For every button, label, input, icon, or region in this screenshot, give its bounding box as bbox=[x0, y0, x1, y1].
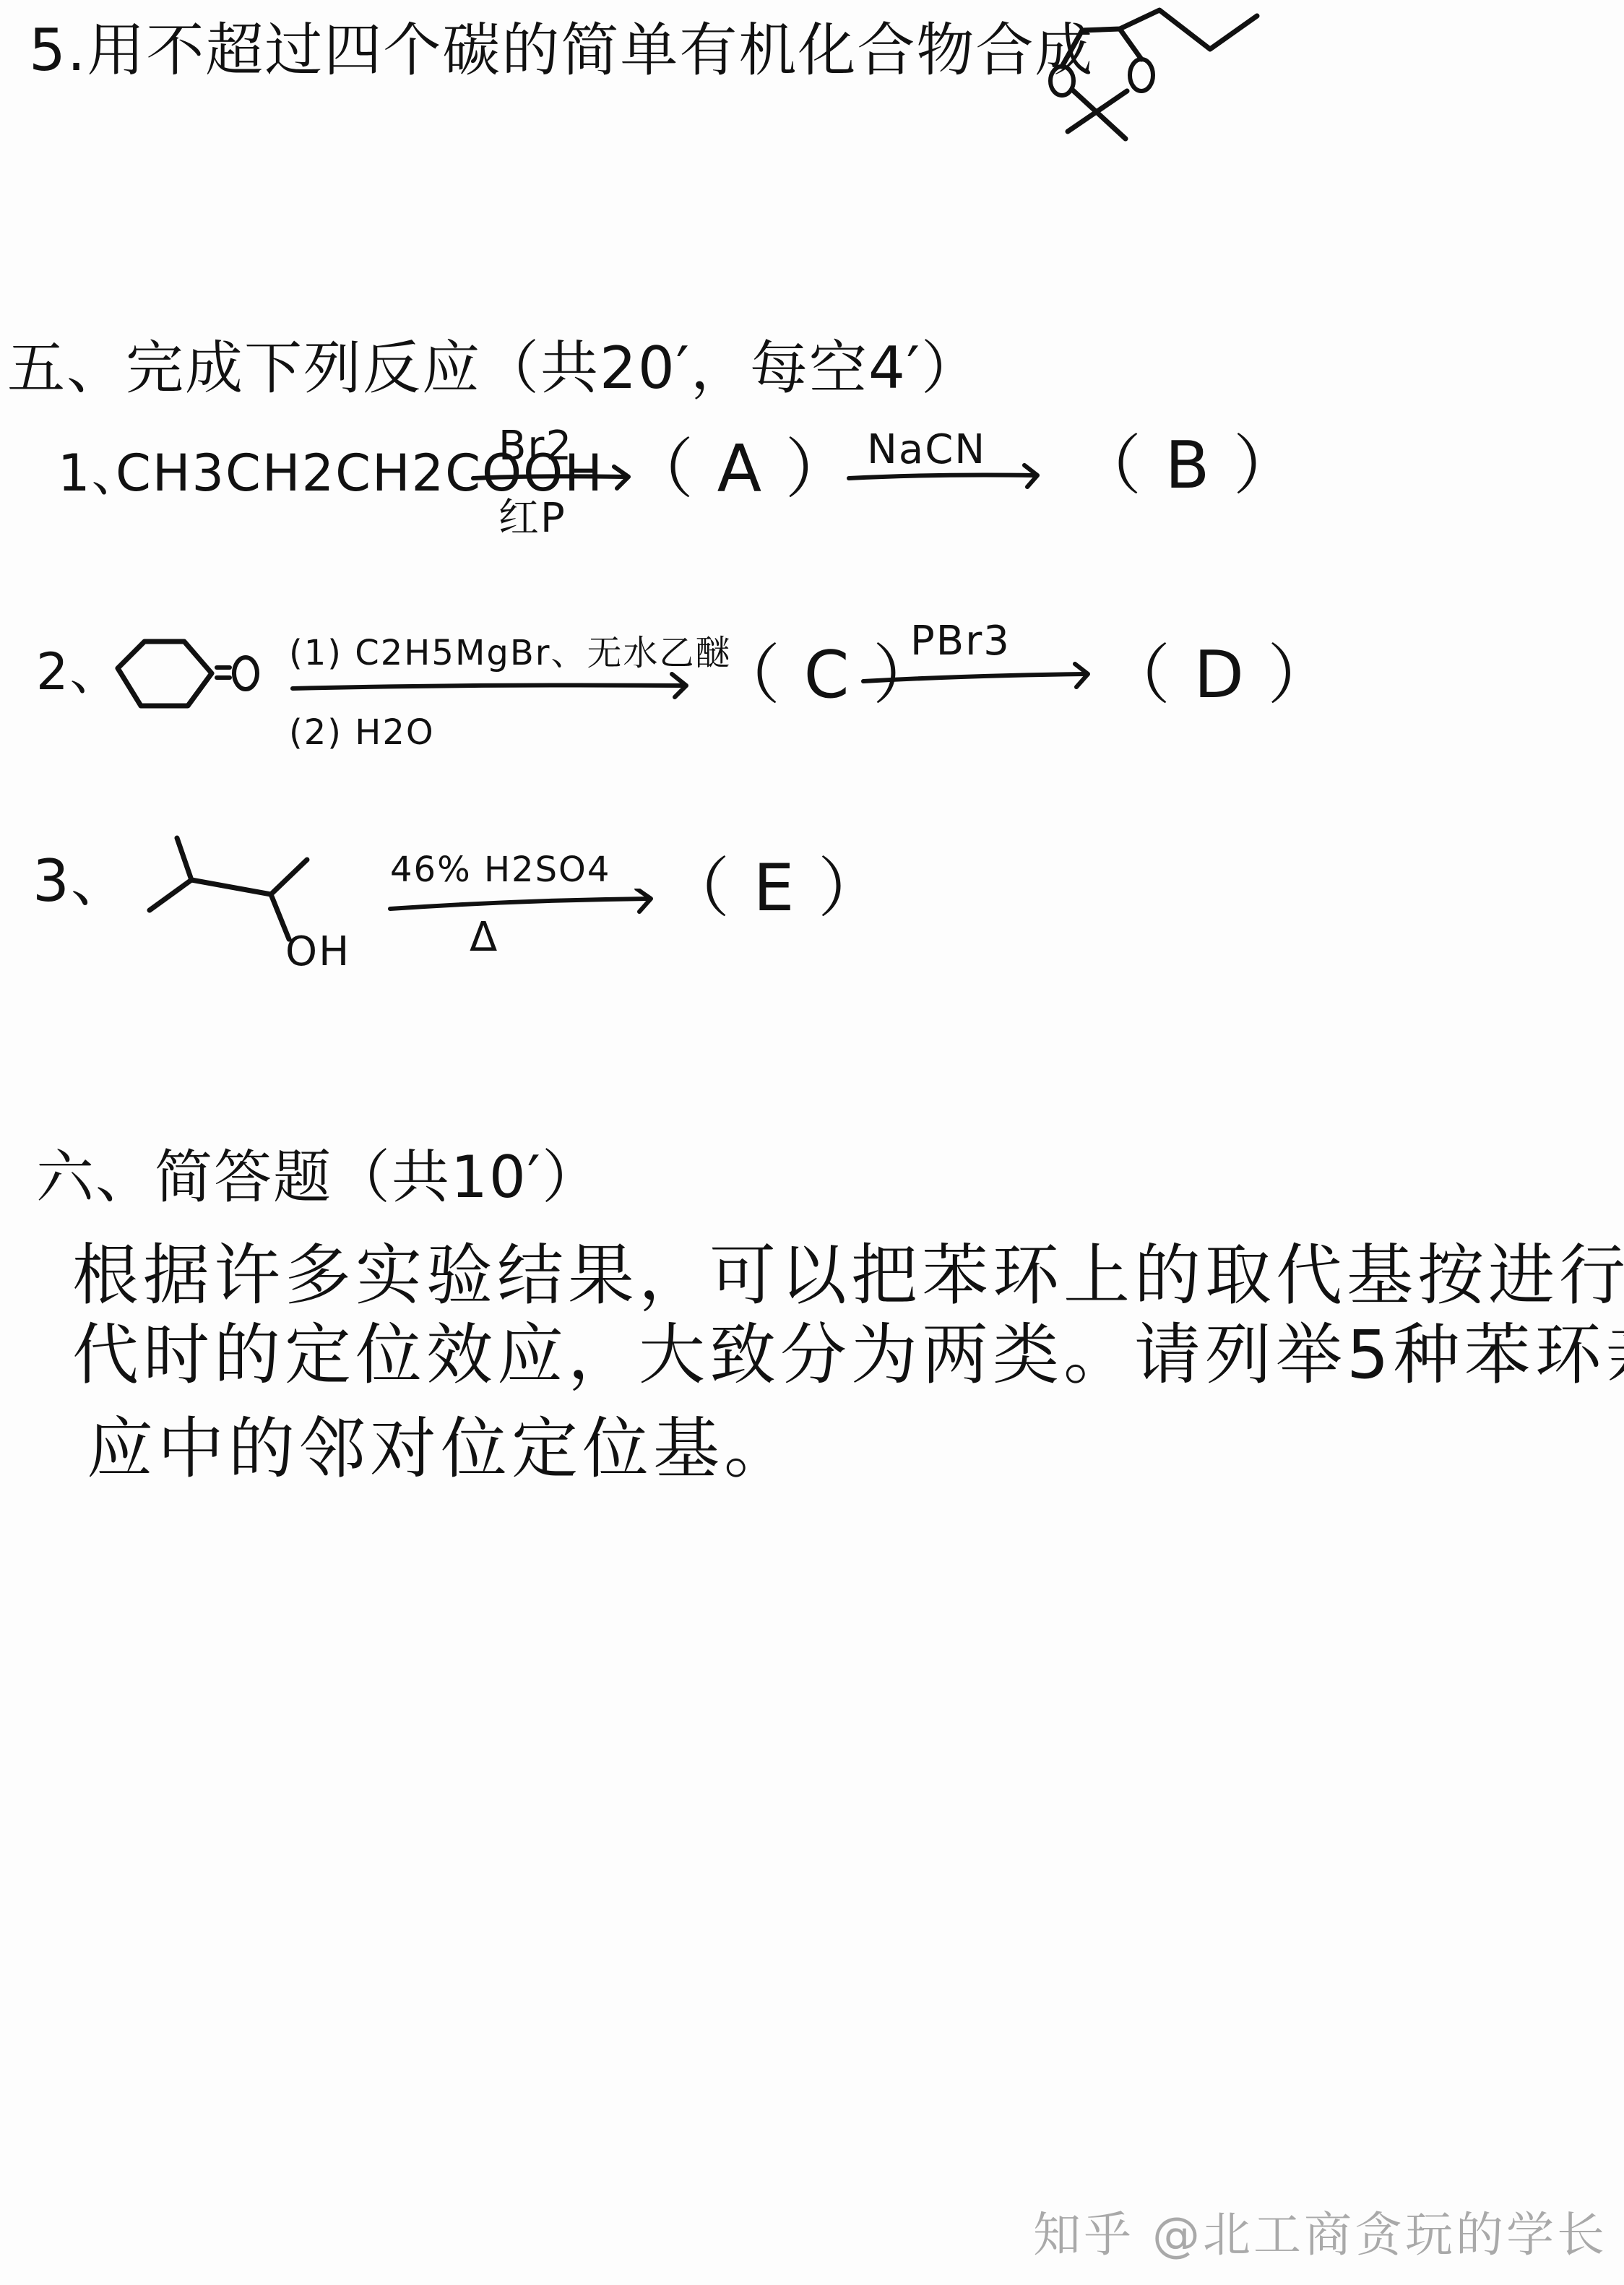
reaction-3-oh-label: OH bbox=[285, 932, 350, 972]
reaction-2-reagent-above: (1) C2H5MgBr、无水乙醚 bbox=[289, 636, 732, 670]
reaction-3-reagent-above: 46% H2SO4 bbox=[390, 852, 610, 887]
reaction-2-arrow-1 bbox=[289, 668, 694, 707]
section-5-title: 五、完成下列反应（共20′，每空4′） bbox=[7, 340, 980, 397]
reaction-1-product-b: （ B ） bbox=[1076, 433, 1300, 498]
reaction-2-reagent-2: PBr3 bbox=[910, 621, 1011, 662]
reaction-1-product-a: （ A ） bbox=[629, 437, 852, 502]
question-text-line-2: 代时的定位效应，大致分为两类。请列举5种苯环亲电反 bbox=[72, 1322, 1624, 1388]
dioxane-structure-icon bbox=[1040, 0, 1286, 152]
reaction-1-arrow-2 bbox=[845, 462, 1048, 494]
reaction-3-arrow bbox=[386, 889, 661, 928]
reaction-3-heat: Δ bbox=[470, 917, 498, 958]
reaction-1-reagent-above: Br2 bbox=[498, 426, 573, 467]
cyclohexanone-structure-icon bbox=[116, 636, 275, 715]
reaction-2-arrow-2 bbox=[860, 661, 1098, 700]
question-text-line-3: 应中的邻对位定位基。 bbox=[87, 1416, 795, 1482]
question-5-text: 5.用不超过四个碳的简单有机化合物合成 bbox=[29, 22, 1094, 79]
question-text-line-1: 根据许多实验结果，可以把苯环上的取代基按进行亲电取 bbox=[72, 1243, 1624, 1309]
reaction-2-reagent-below: (2) H2O bbox=[289, 715, 435, 750]
reaction-3-product-e: （ E ） bbox=[665, 856, 884, 921]
reaction-2-product-d: （ D ） bbox=[1105, 643, 1334, 708]
reaction-2-number: 2、 bbox=[36, 647, 122, 697]
section-6-title: 六、简答题（共10′） bbox=[36, 1149, 601, 1206]
watermark: 知乎 @北工商贪玩的学长 bbox=[1033, 2196, 1607, 2265]
reaction-1-reagent-below: 红P bbox=[498, 498, 566, 539]
reaction-3-number: 3、 bbox=[33, 852, 130, 910]
reaction-1-arrow-1 bbox=[470, 462, 636, 494]
